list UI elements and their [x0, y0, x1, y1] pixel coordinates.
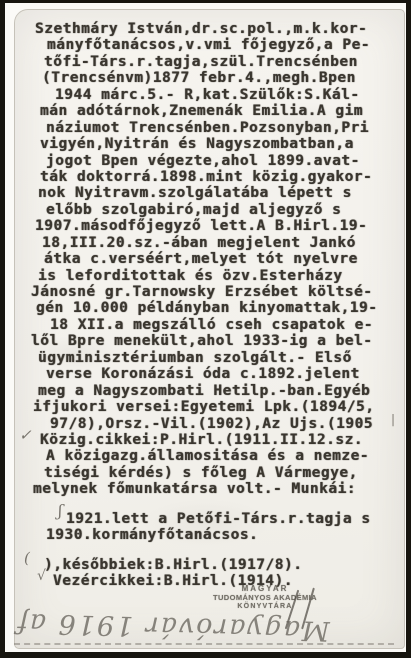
pen-marks: ✓ʃ(√|: [0, 0, 411, 658]
stamp-line-1: MAGYAR: [190, 584, 340, 593]
card-bottom-edge: [14, 643, 394, 645]
squiggle-mark: ʃ: [58, 501, 62, 520]
paren-mark: (: [24, 549, 30, 567]
check-mark: ✓: [19, 426, 32, 444]
handwritten-note: Magyaróvár 1916 af: [1, 592, 344, 647]
tick-mark: √: [37, 568, 46, 584]
edge-tick-mark: |: [391, 412, 395, 426]
